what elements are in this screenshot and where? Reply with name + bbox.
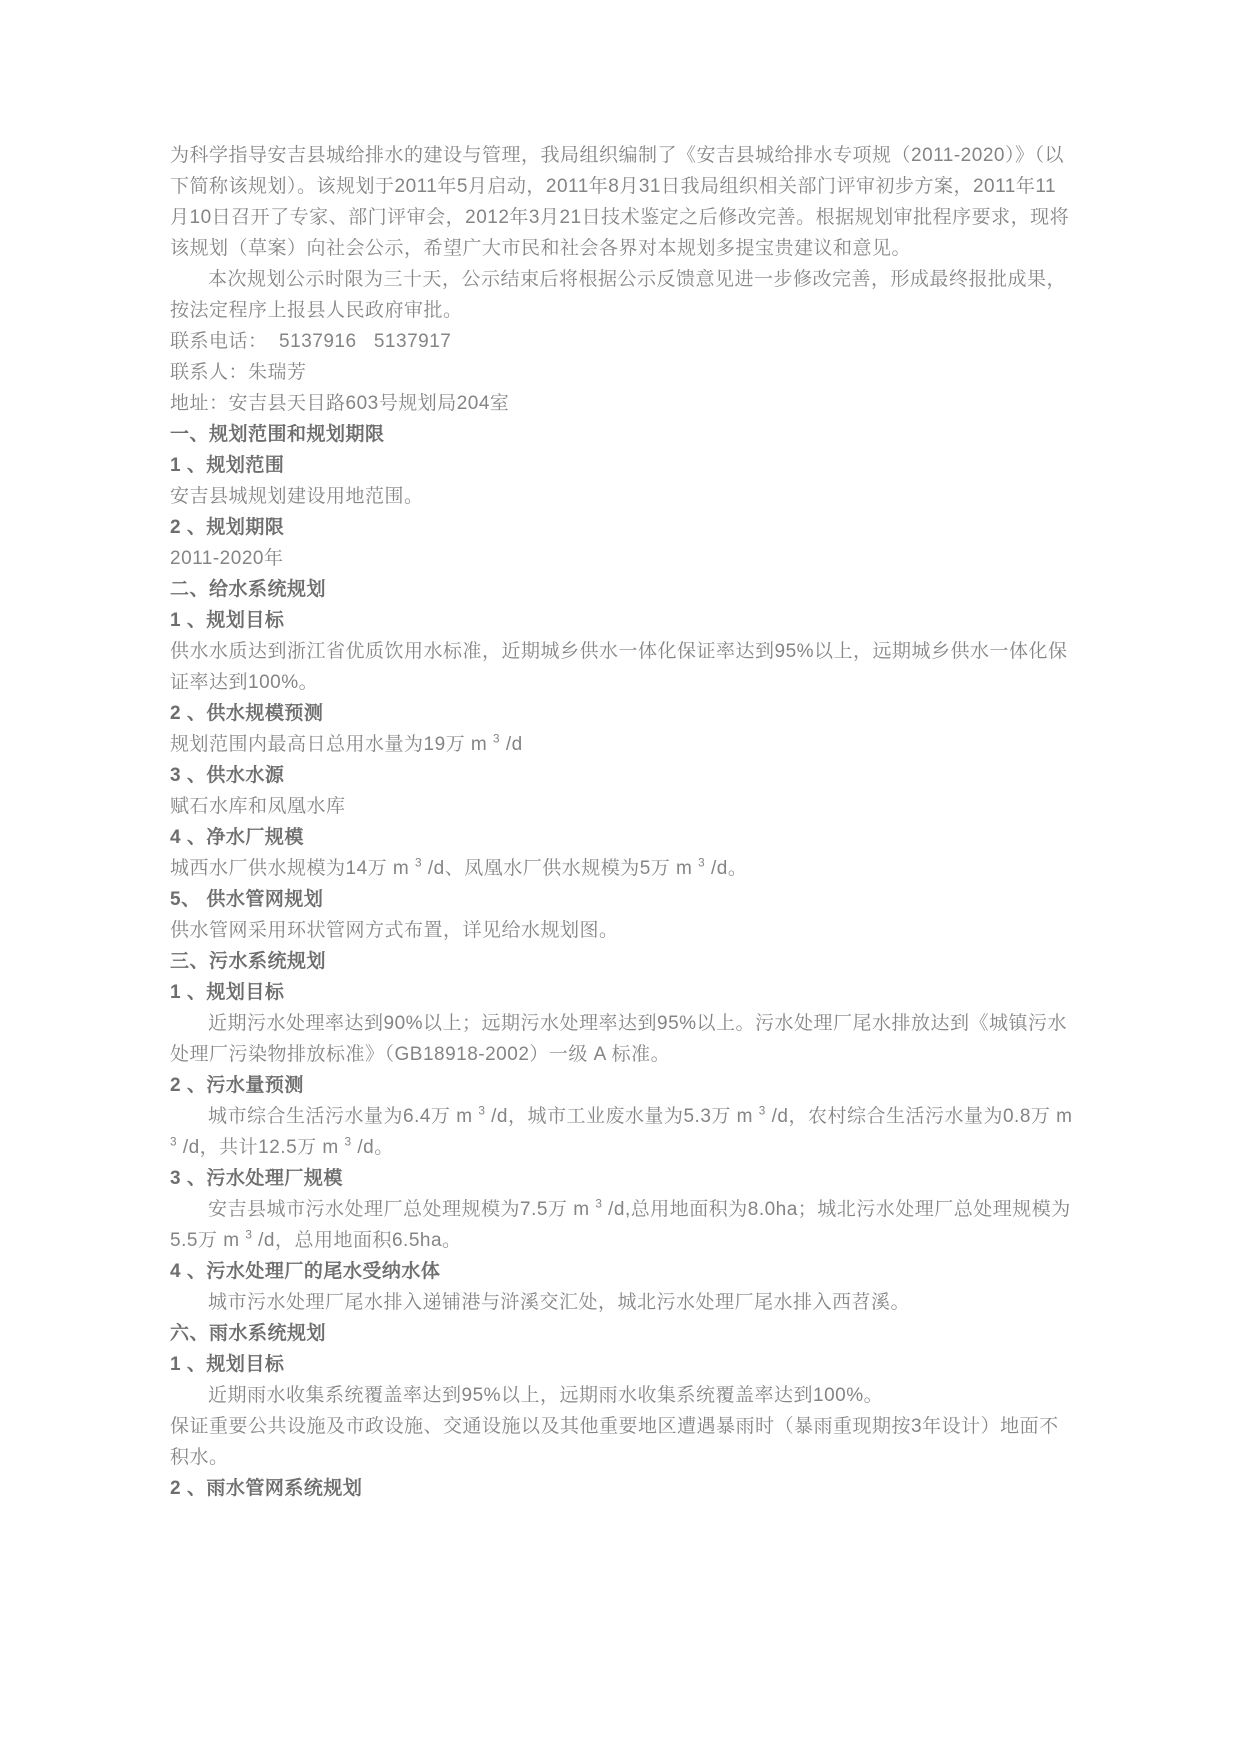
section-heading: 2 、供水规模预测 xyxy=(170,698,1075,729)
section-heading: 1 、规划目标 xyxy=(170,1349,1075,1380)
paragraph: 城西水厂供水规模为14万 m 3 /d、凤凰水厂供水规模为5万 m 3 /d。 xyxy=(170,853,1075,884)
document-body: 为科学指导安吉县城给排水的建设与管理，我局组织编制了《安吉县城给排水专项规（20… xyxy=(170,140,1075,1504)
paragraph: 2011-2020年 xyxy=(170,543,1075,574)
superscript-cubed: 3 xyxy=(493,733,500,746)
paragraph: 规划范围内最高日总用水量为19万 m 3 /d xyxy=(170,729,1075,760)
paragraph: 城市污水处理厂尾水排入递铺港与浒溪交汇处，城北污水处理厂尾水排入西苕溪。 xyxy=(170,1287,1075,1318)
paragraph: 城市综合生活污水量为6.4万 m 3 /d，城市工业废水量为5.3万 m 3 /… xyxy=(170,1101,1075,1163)
section-heading: 2 、污水量预测 xyxy=(170,1070,1075,1101)
paragraph: 保证重要公共设施及市政设施、交通设施以及其他重要地区遭遇暴雨时（暴雨重现期按3年… xyxy=(170,1411,1075,1473)
superscript-cubed: 3 xyxy=(170,1136,177,1149)
superscript-cubed: 3 xyxy=(245,1229,252,1242)
paragraph: 联系电话： 5137916 5137917 xyxy=(170,326,1075,357)
section-heading: 六、雨水系统规划 xyxy=(170,1318,1075,1349)
document-page: 为科学指导安吉县城给排水的建设与管理，我局组织编制了《安吉县城给排水专项规（20… xyxy=(0,0,1241,1754)
section-heading: 一、规划范围和规划期限 xyxy=(170,419,1075,450)
superscript-cubed: 3 xyxy=(345,1136,352,1149)
paragraph: 联系人：朱瑞芳 xyxy=(170,357,1075,388)
section-heading: 1 、规划目标 xyxy=(170,977,1075,1008)
section-heading: 5、 供水管网规划 xyxy=(170,884,1075,915)
section-heading: 2 、规划期限 xyxy=(170,512,1075,543)
paragraph: 安吉县城规划建设用地范围。 xyxy=(170,481,1075,512)
section-heading: 4 、净水厂规模 xyxy=(170,822,1075,853)
section-heading: 4 、污水处理厂的尾水受纳水体 xyxy=(170,1256,1075,1287)
superscript-cubed: 3 xyxy=(415,857,422,870)
paragraph: 供水管网采用环状管网方式布置，详见给水规划图。 xyxy=(170,915,1075,946)
paragraph: 近期污水处理率达到90%以上；远期污水处理率达到95%以上。污水处理厂尾水排放达… xyxy=(170,1008,1075,1070)
paragraph: 供水水质达到浙江省优质饮用水标准，近期城乡供水一体化保证率达到95%以上，远期城… xyxy=(170,636,1075,698)
paragraph: 安吉县城市污水处理厂总处理规模为7.5万 m 3 /d,总用地面积为8.0ha；… xyxy=(170,1194,1075,1256)
section-heading: 3 、污水处理厂规模 xyxy=(170,1163,1075,1194)
superscript-cubed: 3 xyxy=(759,1105,766,1118)
superscript-cubed: 3 xyxy=(478,1105,485,1118)
section-heading: 1 、规划目标 xyxy=(170,605,1075,636)
section-heading: 2 、雨水管网系统规划 xyxy=(170,1473,1075,1504)
superscript-cubed: 3 xyxy=(698,857,705,870)
section-heading: 三、污水系统规划 xyxy=(170,946,1075,977)
paragraph: 近期雨水收集系统覆盖率达到95%以上，远期雨水收集系统覆盖率达到100%。 xyxy=(170,1380,1075,1411)
paragraph: 本次规划公示时限为三十天，公示结束后将根据公示反馈意见进一步修改完善，形成最终报… xyxy=(170,264,1075,326)
paragraph: 赋石水库和凤凰水库 xyxy=(170,791,1075,822)
section-heading: 3 、供水水源 xyxy=(170,760,1075,791)
section-heading: 二、给水系统规划 xyxy=(170,574,1075,605)
paragraph: 地址：安吉县天目路603号规划局204室 xyxy=(170,388,1075,419)
section-heading: 1 、规划范围 xyxy=(170,450,1075,481)
paragraph: 为科学指导安吉县城给排水的建设与管理，我局组织编制了《安吉县城给排水专项规（20… xyxy=(170,140,1075,264)
superscript-cubed: 3 xyxy=(595,1198,602,1211)
